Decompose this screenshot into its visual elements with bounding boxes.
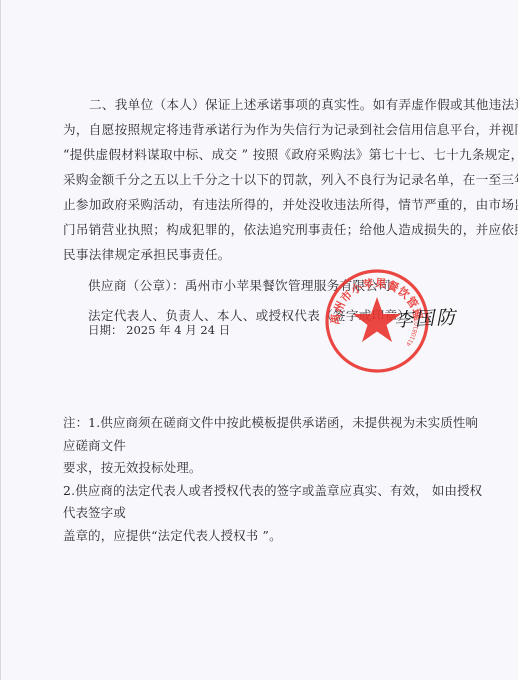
document-page: 二、我单位（本人）保证上述承诺事项的真实性。如有弄虚作假或其他违法违规行 为，自… [0,0,518,680]
date-day: 24 [200,323,215,337]
date-line: 日期： 2025 年 4 月 24 日 [88,322,230,338]
commitment-line: 门吊销营业执照；构成犯罪的，依法追究刑事责任；给他人造成损失的，并应依照有关 [63,217,481,242]
supplier-label: 供应商（公章）： [88,278,185,293]
date-month-unit: 月 [185,323,197,337]
handwritten-signature: 李国防 [393,302,457,332]
date-month: 4 [174,323,181,337]
commitment-line: 止参加政府采购活动，有违法所得的，并处没收违法所得，情节严重的，由市场监管部 [63,192,481,217]
note-line: 2.供应商的法定代表人或者授权代表的签字或盖章应真实、有效， 如由授权代表签字或 [63,480,483,525]
date-year-unit: 年 [159,323,171,337]
date-day-unit: 日 [219,323,231,337]
note-line: 盖章的，应提供“法定代表人授权书 ”。 [63,525,483,548]
date-label: 日期： [88,323,123,337]
commitment-line: 采购金额千分之五以上千分之十以下的罚款，列入不良行为记录名单，在一至三年内禁 [63,167,481,192]
commitment-line: “提供虚假材料谋取中标、成交 ” 按照《政府采购法》第七十七、七十九条规定， 处… [63,142,481,167]
note-line: 注：1.供应商须在磋商文件中按此模板提供承诺函，未提供视为未实质性响应磋商文件 [63,412,483,457]
date-year: 2025 [126,323,155,337]
commitment-line: 为，自愿按照规定将违背承诺行为作为失信行为记录到社会信用信息平台，并视同为 [63,117,481,142]
note-line: 要求，按无效投标处理。 [63,457,483,480]
commitment-line: 民事法律规定承担民事责任。 [63,242,481,267]
commitment-line: 二、我单位（本人）保证上述承诺事项的真实性。如有弄虚作假或其他违法违规行 [63,92,481,117]
notes-section: 注：1.供应商须在磋商文件中按此模板提供承诺函，未提供视为未实质性响应磋商文件 … [63,412,483,547]
commitment-paragraph: 二、我单位（本人）保证上述承诺事项的真实性。如有弄虚作假或其他违法违规行 为，自… [63,92,481,267]
